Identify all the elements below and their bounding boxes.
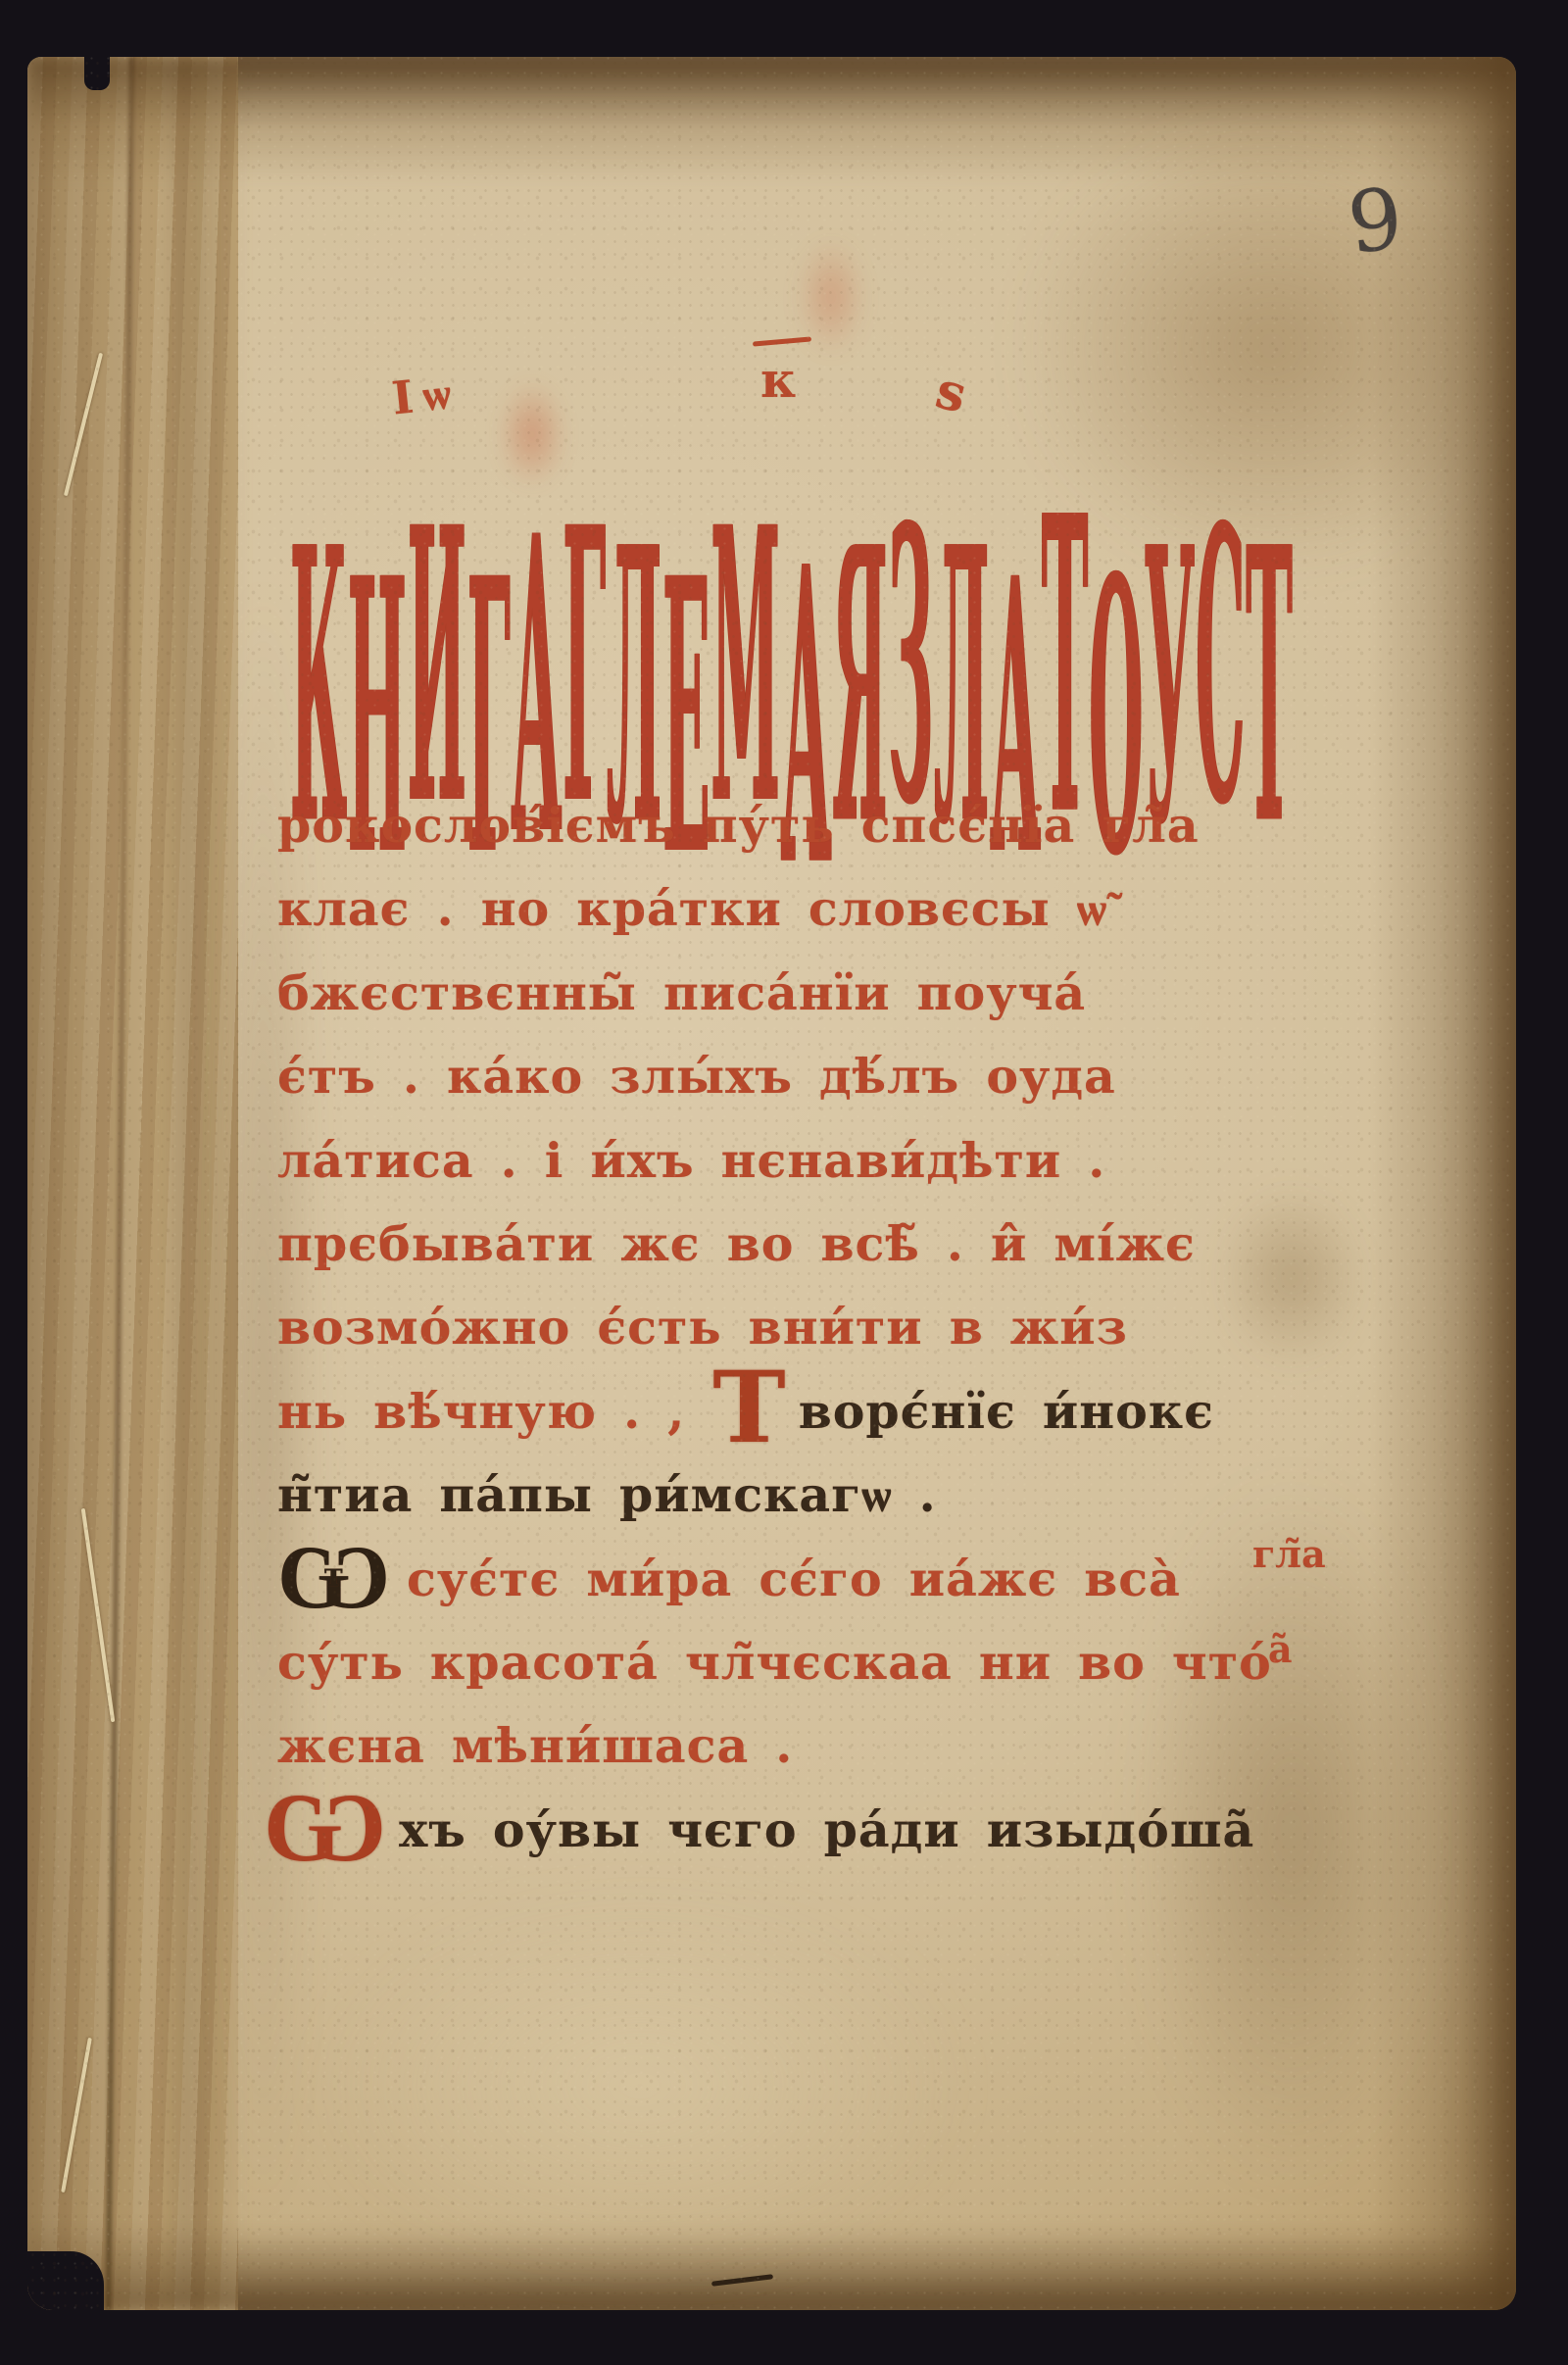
text-line: клає . но кра́тки словєсы ѡ̃	[277, 867, 1272, 951]
binding-thread	[61, 2038, 92, 2193]
stain-bottom-edge	[27, 2222, 1516, 2310]
text-line: Ѡтсує́тє ми́ра сє́го иа́жє вса̀	[277, 1538, 1272, 1621]
text-segment-black: ворє́нїє и́нокє	[799, 1383, 1214, 1440]
text-line: нь вѣ́чную . ,Творє́нїє и́нокє	[277, 1370, 1272, 1453]
manuscript-photo: 9 Іѡ к ѕ КНИГАГЛЕМАЯЗЛАТОУСТ рокослов́іє…	[0, 0, 1568, 2365]
text-segment-red: су́ть красота́ чл̃чєскаа ни во что́	[277, 1634, 1272, 1691]
quire-signature: к	[719, 2293, 758, 2310]
header-left-mark: Іѡ	[389, 365, 463, 424]
text-line: н̃тиа па́пы ри́мскагѡ .	[277, 1453, 1272, 1537]
page-top-tear	[84, 57, 110, 90]
stain-top-edge	[27, 57, 1516, 184]
gutter-crease	[106, 57, 134, 2310]
margin-chapter-number: а̃	[1268, 1627, 1293, 1671]
text-segment-red: клає . но кра́тки словєсы ѡ̃	[277, 880, 1107, 937]
text-line: су́ть красота́ чл̃чєскаа ни во что́	[277, 1621, 1272, 1704]
manuscript-page: 9 Іѡ к ѕ КНИГАГЛЕМАЯЗЛАТОУСТ рокослов́іє…	[27, 57, 1516, 2310]
text-segment-red: бжєствєнны̃ писа́нїи поуча́	[277, 964, 1086, 1021]
superscript-letter: т	[323, 1558, 345, 1592]
text-segment-red-initial: Т	[712, 1350, 786, 1465]
text-line: Ѡхъ оу́вы чєго ра́ди изыдо́ша̃	[236, 1789, 1272, 1872]
text-line: є́тъ . ка́ко злы́хъ дѣ́лъ оуда	[277, 1035, 1272, 1118]
light-patch	[321, 1899, 958, 2272]
header-center-mark: к	[760, 351, 796, 409]
binding-gutter	[27, 57, 238, 2310]
page-number: 9	[1344, 170, 1407, 272]
margin-chapter-label: гл̃а	[1252, 1532, 1326, 1576]
page-corner-tear	[27, 2251, 104, 2310]
text-line: ла́тиса . і и́хъ нєнави́дѣти .	[277, 1119, 1272, 1203]
titlo-mark: к	[760, 351, 796, 409]
text-segment-red: возмо́жно є́сть вни́ти в жи́з	[277, 1299, 1128, 1355]
text-segment-black: хъ оу́вы чєго ра́ди изыдо́ша̃	[399, 1801, 1254, 1858]
text-segment-red: сує́тє ми́ра сє́го иа́жє вса̀	[407, 1551, 1181, 1607]
header-flourish: ѕ	[930, 360, 972, 424]
text-segment-red: ла́тиса . і и́хъ нєнави́дѣти .	[277, 1132, 1105, 1189]
title-vyaz: КНИГАГЛЕМАЯЗЛАТОУСТ	[290, 467, 1145, 757]
gutter-shadow	[174, 57, 243, 2310]
text-line: жєна мѣни́шаса .	[277, 1704, 1272, 1788]
text-segment-red: є́тъ . ка́ко злы́хъ дѣ́лъ оуда	[277, 1048, 1116, 1105]
text-segment-red: рокослов́іємъ пу́ть спсє́нїа гл̃а	[277, 797, 1200, 854]
text-segment-black: н̃тиа па́пы ри́мскагѡ .	[277, 1466, 937, 1523]
titlo-mark: к	[719, 2293, 758, 2310]
text-segment-red: нь вѣ́чную . ,	[277, 1383, 685, 1440]
text-segment-red-initial: Ѡ	[264, 1768, 387, 1884]
text-line: рокослов́іємъ пу́ть спсє́нїа гл̃а	[277, 784, 1272, 867]
binding-thread	[64, 353, 103, 497]
stain-right-edge	[1369, 57, 1516, 2310]
text-line: бжєствєнны̃ писа́нїи поуча́	[277, 952, 1272, 1035]
text-segment-red: жєна мѣни́шаса .	[277, 1717, 793, 1774]
text-segment-red: прєбыва́ти жє во всѣ̃ . и̂ мі́жє	[277, 1215, 1196, 1272]
binding-thread	[81, 1508, 116, 1722]
text-block: рокослов́іємъ пу́ть спсє́нїа гл̃аклає . …	[277, 784, 1272, 1872]
text-line: прєбыва́ти жє во всѣ̃ . и̂ мі́жє	[277, 1203, 1272, 1286]
